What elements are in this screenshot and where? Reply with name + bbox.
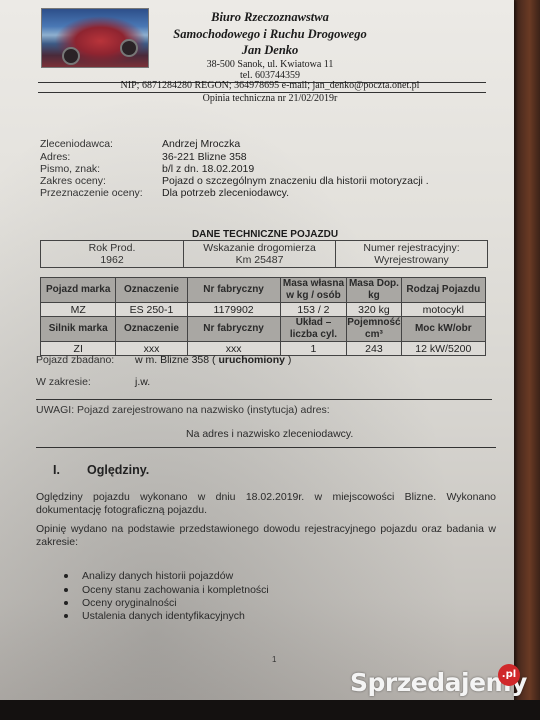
company-name-line1: Biuro Rzeczoznawstwa — [150, 10, 390, 25]
engine-header-row: Silnik marka Oznaczenie Nr fabryczny Ukł… — [41, 317, 486, 342]
bullet-icon — [64, 601, 68, 605]
vehicle-header-row: Pojazd marka Oznaczenie Nr fabryczny Mas… — [41, 278, 486, 303]
opinion-number: Opinia techniczna nr 21/02/2019r — [100, 93, 440, 104]
company-ids: NIP; 6871284280 REGON; 364978695 e-mail;… — [100, 80, 440, 91]
background-table — [0, 700, 540, 720]
notes-value: Na adres i nazwisko zleceniodawcy. — [186, 428, 353, 440]
info-value: 36-221 Blizne 358 — [162, 151, 247, 163]
info-value: Andrzej Mroczka — [162, 138, 240, 150]
notes-divider — [36, 399, 492, 400]
inspection-scope-label: W zakresie: — [36, 376, 91, 388]
list-item: Ustalenia danych identyfikacyjnych — [64, 610, 245, 622]
list-item: Analizy danych historii pojazdów — [64, 570, 233, 582]
info-label: Przeznaczenie oceny: — [40, 187, 143, 199]
inspection-place-value: w m. Blizne 358 ( uruchomiony ) — [135, 354, 291, 366]
list-item: Oceny oryginalności — [64, 597, 177, 609]
info-label: Zakres oceny: — [40, 175, 106, 187]
inspection-place-label: Pojazd zbadano: — [36, 354, 114, 366]
summary-cell: Wskazanie drogomierzaKm 25487 — [184, 241, 336, 268]
page-number: 1 — [272, 655, 276, 664]
inspection-scope-value: j.w. — [135, 376, 150, 388]
paragraph: Opinię wydano na podstawie przedstawione… — [36, 523, 496, 549]
section-title: Oględziny. — [87, 463, 149, 477]
wheel-icon — [120, 39, 138, 57]
info-label: Zleceniodawca: — [40, 138, 113, 150]
company-name-line2: Samochodowego i Ruchu Drogowego — [150, 27, 390, 42]
summary-cell: Rok Prod.1962 — [41, 241, 184, 268]
bullet-icon — [64, 574, 68, 578]
info-label: Pismo, znak: — [40, 163, 100, 175]
summary-cell: Numer rejestracyjny:Wyrejestrowany — [336, 241, 488, 268]
vehicle-data-table: Pojazd marka Oznaczenie Nr fabryczny Mas… — [40, 277, 486, 356]
info-value: Pojazd o szczególnym znaczeniu dla histo… — [162, 175, 429, 187]
info-value: Dla potrzeb zleceniodawcy. — [162, 187, 289, 199]
document-page: Biuro Rzeczoznawstwa Samochodowego i Ruc… — [0, 0, 514, 703]
watermark-badge: .pl — [498, 664, 520, 686]
info-label: Adres: — [40, 151, 70, 163]
list-item: Oceny stanu zachowania i kompletności — [64, 584, 269, 596]
section-number: I. — [53, 463, 60, 477]
wheel-icon — [62, 47, 80, 65]
bullet-icon — [64, 614, 68, 618]
notes-label: UWAGI: Pojazd zarejestrowano na nazwisko… — [36, 404, 330, 416]
car-photo-logo-icon — [41, 8, 149, 68]
notes-divider — [36, 447, 496, 448]
company-owner: Jan Denko — [150, 43, 390, 58]
tech-data-title: DANE TECHNICZNE POJAZDU — [30, 229, 500, 240]
bullet-icon — [64, 588, 68, 592]
info-value: b/l z dn. 18.02.2019 — [162, 163, 254, 175]
paragraph: Oględziny pojazdu wykonano w dniu 18.02.… — [36, 491, 496, 517]
tech-summary-table: Rok Prod.1962 Wskazanie drogomierzaKm 25… — [40, 240, 488, 268]
company-address: 38-500 Sanok, ul. Kwiatowa 11 — [150, 59, 390, 70]
vehicle-value-row: MZ ES 250-1 1179902 153 / 2 320 kg motoc… — [41, 303, 486, 317]
vehicle-status: uruchomiony — [218, 354, 285, 366]
